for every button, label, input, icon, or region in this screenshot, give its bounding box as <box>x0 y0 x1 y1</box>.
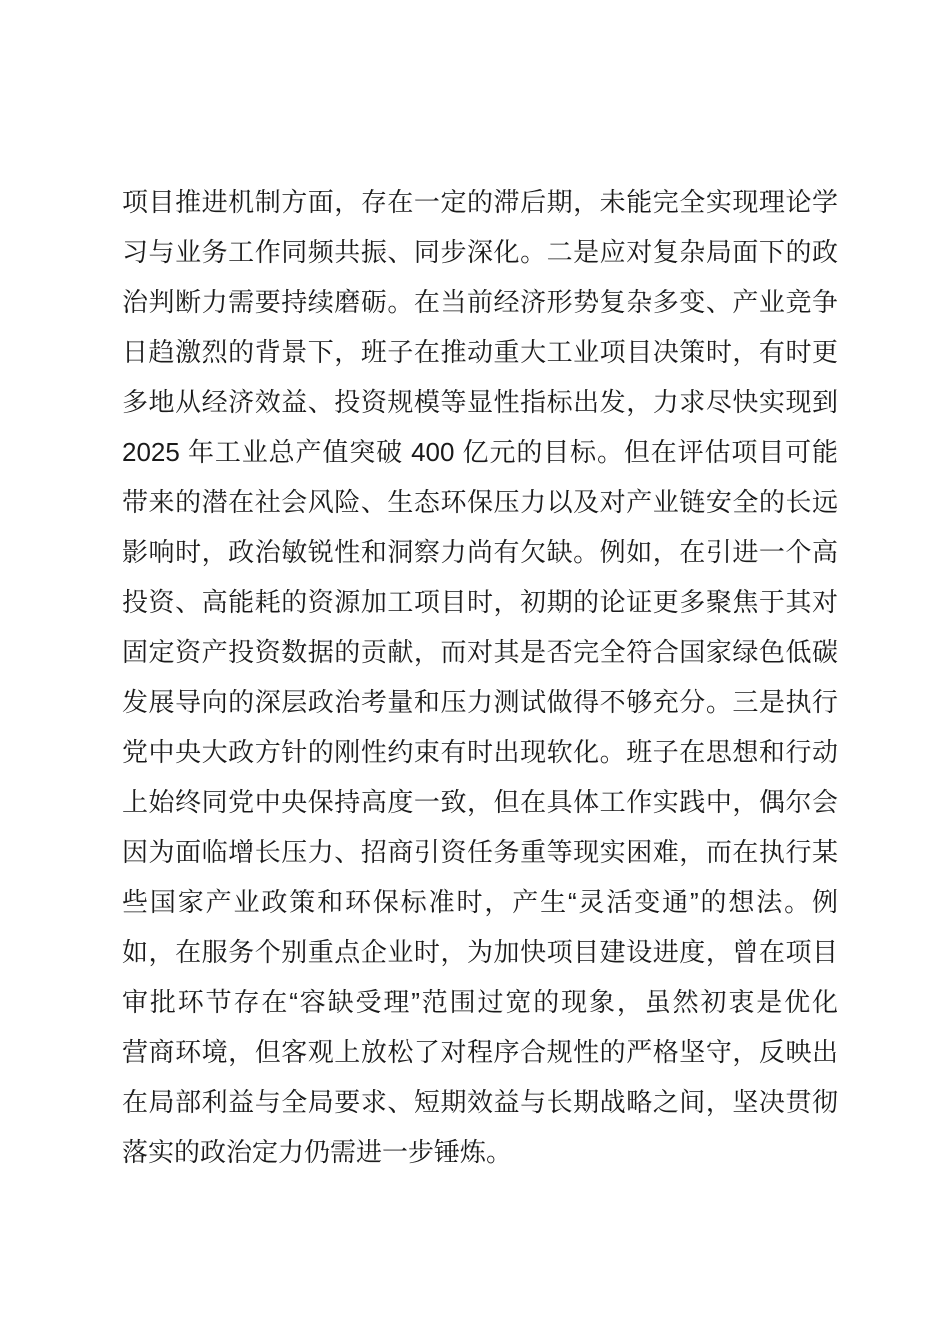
paragraph-line: 党中央大政方针的刚性约束有时出现软化。班子在思想和行动 <box>122 727 838 777</box>
paragraph-line: 项目推进机制方面，存在一定的滞后期，未能完全实现理论学 <box>122 177 838 227</box>
paragraph-line: 影响时，政治敏锐性和洞察力尚有欠缺。例如，在引进一个高 <box>122 527 838 577</box>
paragraph-line: 些国家产业政策和环保标准时，产生“灵活变通”的想法。例 <box>122 877 838 927</box>
paragraph-line: 因为面临增长压力、招商引资任务重等现实困难，而在执行某 <box>122 827 838 877</box>
paragraph-line: 固定资产投资数据的贡献，而对其是否完全符合国家绿色低碳 <box>122 627 838 677</box>
paragraph-line: 带来的潜在社会风险、生态环保压力以及对产业链安全的长远 <box>122 477 838 527</box>
paragraph-line: 在局部利益与全局要求、短期效益与长期战略之间，坚决贯彻 <box>122 1077 838 1127</box>
paragraph-line: 治判断力需要持续磨砺。在当前经济形势复杂多变、产业竞争 <box>122 277 838 327</box>
paragraph-line: 审批环节存在“容缺受理”范围过宽的现象，虽然初衷是优化 <box>122 977 838 1027</box>
document-page: 项目推进机制方面，存在一定的滞后期，未能完全实现理论学 习与业务工作同频共振、同… <box>0 0 950 1344</box>
paragraph-line: 发展导向的深层政治考量和压力测试做得不够充分。三是执行 <box>122 677 838 727</box>
paragraph-line: 习与业务工作同频共振、同步深化。二是应对复杂局面下的政 <box>122 227 838 277</box>
body-text-paragraph: 项目推进机制方面，存在一定的滞后期，未能完全实现理论学 习与业务工作同频共振、同… <box>122 177 838 1177</box>
paragraph-line: 营商环境，但客观上放松了对程序合规性的严格坚守，反映出 <box>122 1027 838 1077</box>
paragraph-line: 落实的政治定力仍需进一步锤炼。 <box>122 1127 838 1177</box>
paragraph-line: 上始终同党中央保持高度一致，但在具体工作实践中，偶尔会 <box>122 777 838 827</box>
paragraph-line: 如，在服务个别重点企业时，为加快项目建设进度，曾在项目 <box>122 927 838 977</box>
paragraph-line: 2025 年工业总产值突破 400 亿元的目标。但在评估项目可能 <box>122 427 838 477</box>
paragraph-line: 多地从经济效益、投资规模等显性指标出发，力求尽快实现到 <box>122 377 838 427</box>
paragraph-line: 日趋激烈的背景下，班子在推动重大工业项目决策时，有时更 <box>122 327 838 377</box>
paragraph-line: 投资、高能耗的资源加工项目时，初期的论证更多聚焦于其对 <box>122 577 838 627</box>
